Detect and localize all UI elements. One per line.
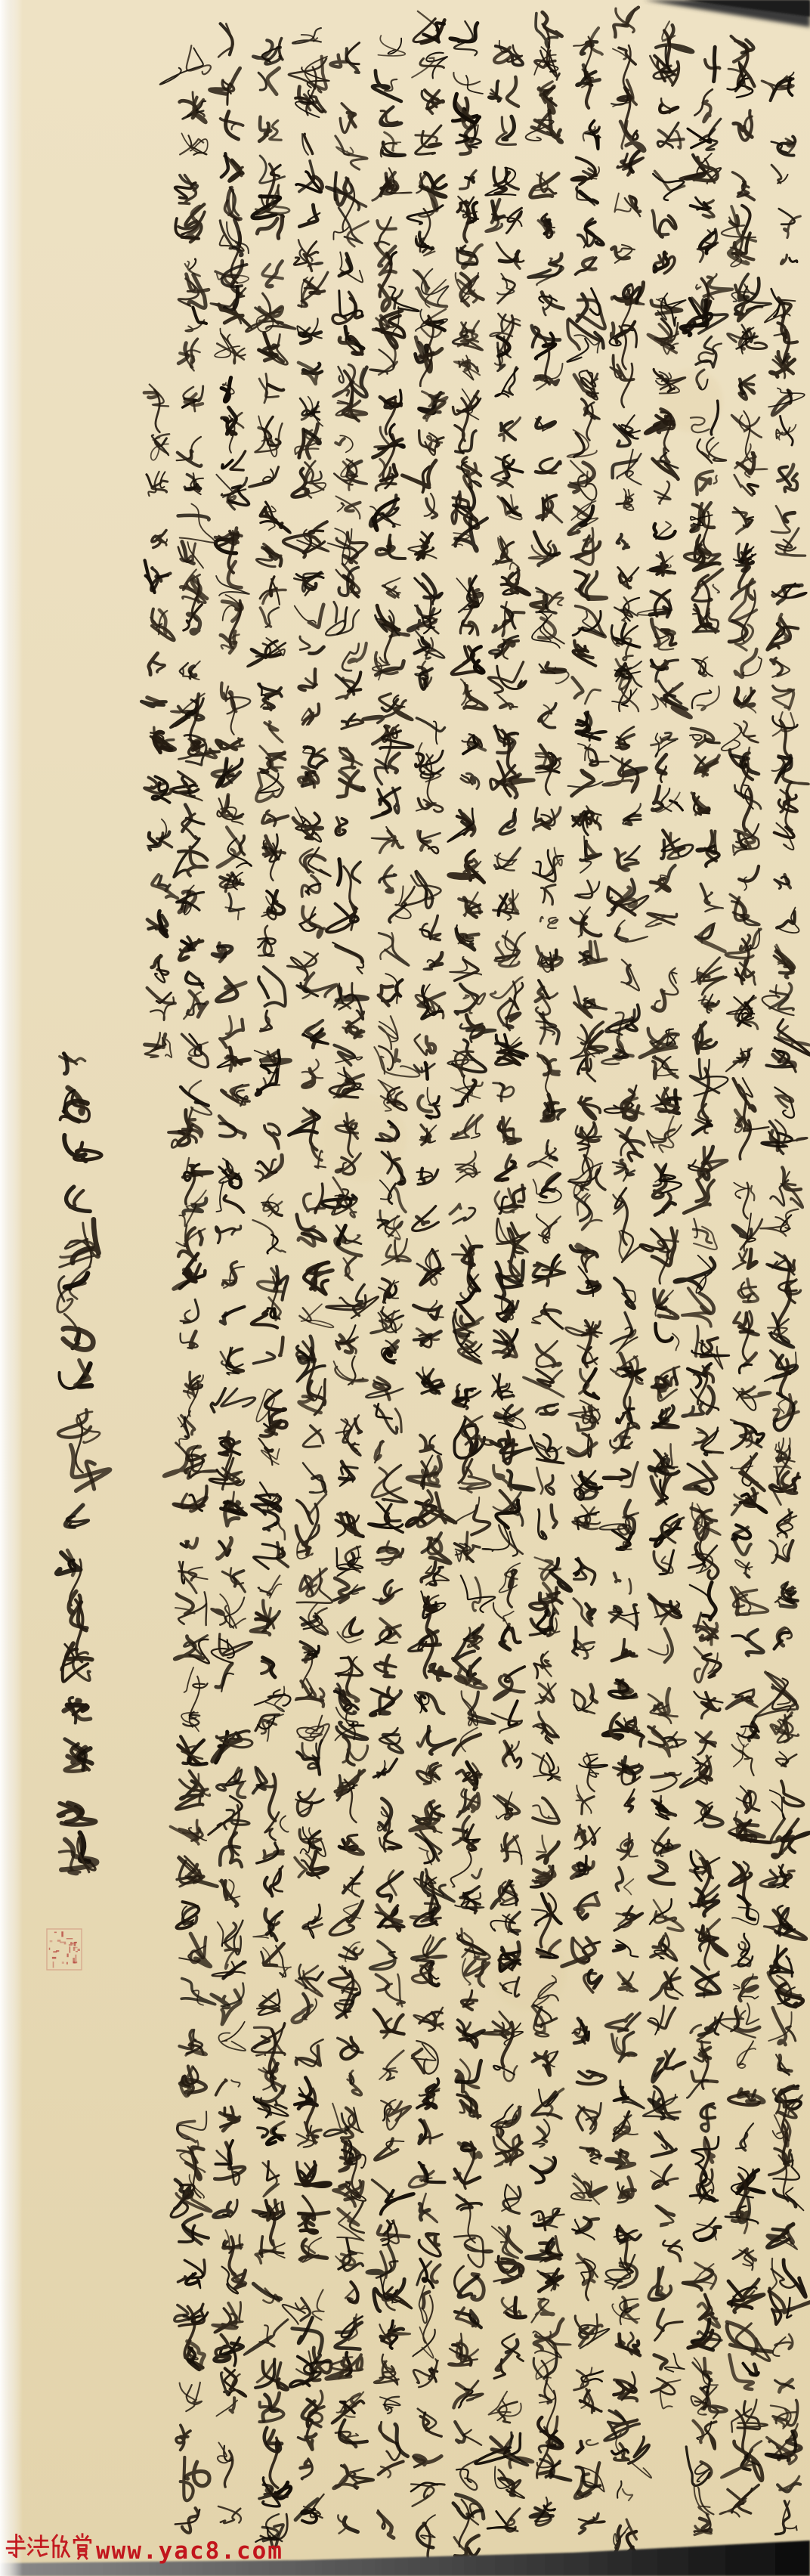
calligraphy-scroll: 书法欣赏 www.yac8.com www.yac8.com xyxy=(0,0,810,2576)
watermark-url-text: www.yac8.com xyxy=(96,2537,283,2565)
paper-stain xyxy=(319,1094,407,1181)
scanned-calligraphy-photo: 书法欣赏 www.yac8.com www.yac8.com xyxy=(0,0,810,2576)
light-reflection-left xyxy=(0,0,23,2576)
